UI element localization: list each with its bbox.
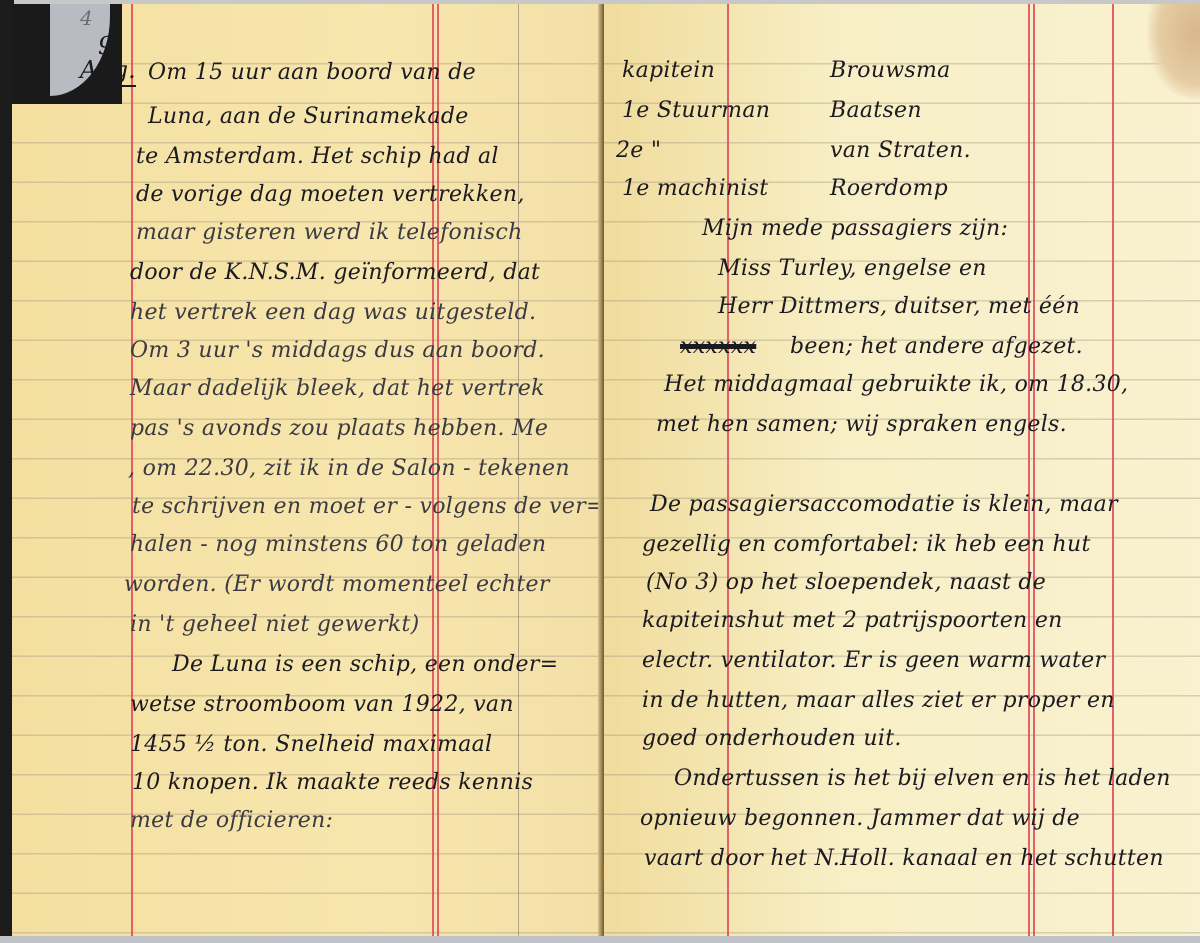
diary-line: kapiteinshut met 2 patrijspoorten en xyxy=(642,608,1063,634)
diary-line: het vertrek een dag was uitgesteld. xyxy=(130,300,536,326)
officer-name: van Straten. xyxy=(830,138,971,164)
diary-line: electr. ventilator. Er is geen warm wate… xyxy=(642,648,1105,674)
officer-rank: 1e Stuurman xyxy=(622,98,770,124)
diary-line: Luna, aan de Surinamekade xyxy=(148,104,469,130)
diary-line: Miss Turley, engelse en xyxy=(718,256,987,282)
right-column-line-b xyxy=(1033,4,1035,936)
diary-line: De Luna is een schip, een onder= xyxy=(172,652,558,678)
diary-line: Het middagmaal gebruikte ik, om 18.30, xyxy=(664,372,1128,398)
diary-line: 1455 ½ ton. Snelheid maximaal xyxy=(130,732,492,758)
diary-line: Ondertussen is het bij elven en is het l… xyxy=(674,766,1171,792)
diary-line: (No 3) op het sloependek, naast de xyxy=(646,570,1046,596)
right-column-line-c xyxy=(1112,4,1114,936)
diary-line: wetse stroomboom van 1922, van xyxy=(130,692,514,718)
diary-line: Herr Dittmers, duitser, met één xyxy=(718,294,1080,320)
diary-line: de vorige dag moeten vertrekken, xyxy=(136,182,525,208)
diary-line: te schrijven en moet er - volgens de ver… xyxy=(132,494,605,520)
diary-line: pas 's avonds zou plaats hebben. Me xyxy=(130,416,548,442)
diary-line: Maar dadelijk bleek, dat het vertrek xyxy=(130,376,545,402)
diary-line: gezellig en comfortabel: ik heb een hut xyxy=(642,532,1091,558)
right-margin-line xyxy=(727,4,729,936)
diary-line: in 't geheel niet gewerkt) xyxy=(130,612,420,638)
diary-line: te Amsterdam. Het schip had al xyxy=(136,144,499,170)
page-marker: 4 xyxy=(80,6,93,30)
diary-line: met hen samen; wij spraken engels. xyxy=(656,412,1067,438)
officer-name: Roerdomp xyxy=(830,176,948,202)
diary-line: door de K.N.S.M. geïnformeerd, dat xyxy=(130,260,540,286)
diary-line: Om 3 uur 's middags dus aan boord. xyxy=(130,338,545,364)
diary-line: De passagiersaccomodatie is klein, maar xyxy=(650,492,1118,518)
diary-line: been; het andere afgezet. xyxy=(790,334,1083,360)
diary-line: in de hutten, maar alles ziet er proper … xyxy=(642,688,1115,714)
diary-line: opnieuw begonnen. Jammer dat wij de xyxy=(640,806,1080,832)
officer-name: Baatsen xyxy=(830,98,922,124)
diary-line: , om 22.30, zit ik in de Salon - tekenen xyxy=(128,456,570,482)
right-column-line-a xyxy=(1028,4,1030,936)
diary-line: Mijn mede passagiers zijn: xyxy=(702,216,1008,242)
scan-bottom-edge xyxy=(0,936,1200,943)
date-month: Aug. xyxy=(80,56,136,87)
diary-line: vaart door het N.Holl. kanaal en het sch… xyxy=(644,846,1164,872)
diary-line: goed onderhouden uit. xyxy=(642,726,902,752)
officer-rank: 1e machinist xyxy=(622,176,768,202)
crossed-out-word: xxxxxx xyxy=(680,334,756,360)
diary-line: maar gisteren werd ik telefonisch xyxy=(136,220,523,246)
diary-line: Om 15 uur aan boord van de xyxy=(148,60,476,86)
diary-line: met de officieren: xyxy=(130,808,333,834)
officer-rank: 2e " xyxy=(616,138,661,164)
diary-line: halen - nog minstens 60 ton geladen xyxy=(130,532,546,558)
officer-rank: kapitein xyxy=(622,58,715,84)
officer-name: Brouwsma xyxy=(830,58,951,84)
diary-line: 10 knopen. Ik maakte reeds kennis xyxy=(132,770,533,796)
diary-line: worden. (Er wordt momenteel echter xyxy=(124,572,550,598)
